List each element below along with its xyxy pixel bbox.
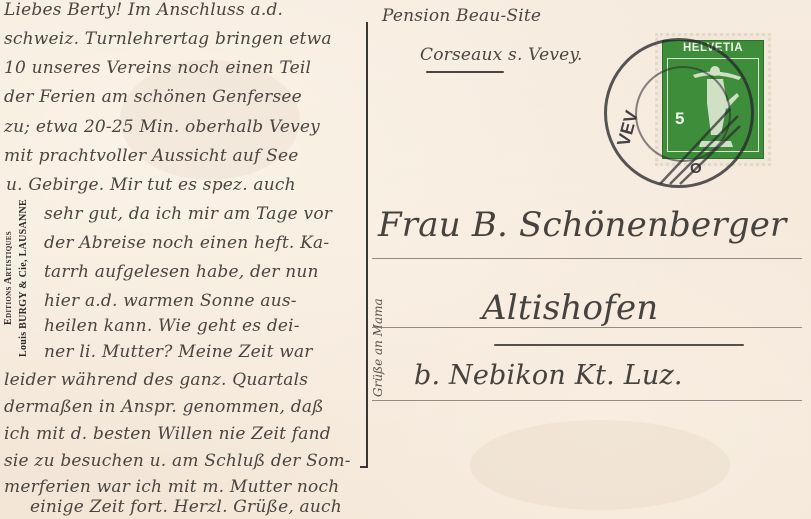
message-line: einige Zeit fort. Herzl. Grüße, auch — [30, 497, 342, 517]
message-line: sie zu besuchen u. am Schluß der Som- — [4, 451, 351, 471]
message-line: leider während des ganz. Quartals — [4, 370, 308, 390]
recipient-line-3: b. Nebikon Kt. Luz. — [414, 360, 683, 391]
paper-stain — [470, 420, 730, 510]
message-line: merferien war ich mit m. Mutter noch — [4, 477, 339, 497]
message-line: der Abreise noch einen heft. Ka- — [44, 233, 329, 253]
sender-line-2: Corseaux s. Vevey. — [420, 45, 583, 65]
publisher-line-1: Editions Artistiques — [1, 193, 16, 363]
message-line: u. Gebirge. Mir tut es spez. auch — [6, 175, 296, 195]
address-rule — [372, 400, 802, 401]
city-underline — [494, 344, 744, 346]
message-line: der Ferien am schönen Genfersee — [4, 87, 302, 107]
message-line: ich mit d. besten Willen nie Zeit fand — [4, 424, 331, 444]
message-line: heilen kann. Wie geht es dei- — [44, 316, 300, 336]
message-line: zu; etwa 20-25 Min. oberhalb Vevey — [4, 117, 320, 137]
recipient-city: Altishofen — [482, 288, 658, 328]
divider-end-tick — [360, 466, 368, 468]
address-rule — [372, 258, 802, 259]
margin-note: Grüße an Mama — [371, 277, 385, 397]
sender-underline — [426, 71, 504, 73]
message-line: dermaßen in Anspr. genommen, daß — [4, 397, 324, 417]
publisher-imprint: Editions Artistiques Louis BURGY & Cie, … — [1, 193, 41, 363]
message-line: 10 unseres Vereins noch einen Teil — [4, 58, 311, 78]
recipient-name: Frau B. Schönenberger — [378, 205, 787, 245]
message-line: sehr gut, da ich mir am Tage vor — [44, 204, 332, 224]
message-line: tarrh aufgelesen habe, der nun — [44, 262, 319, 282]
publisher-line-2: Louis BURGY & Cie, LAUSANNE — [16, 193, 31, 363]
center-divider-line — [366, 22, 368, 468]
message-line: ner li. Mutter? Meine Zeit war — [44, 342, 313, 362]
postmark-bottom: O — [690, 160, 702, 177]
message-line: mit prachtvoller Aussicht auf See — [4, 146, 299, 166]
message-line: Liebes Berty! Im Anschluss a.d. — [4, 0, 283, 20]
postcard-back: Liebes Berty! Im Anschluss a.d. schweiz.… — [0, 0, 811, 519]
sender-line-1: Pension Beau-Site — [382, 6, 541, 26]
message-line: schweiz. Turnlehrertag bringen etwa — [4, 29, 332, 49]
message-line: hier a.d. warmen Sonne aus- — [44, 291, 297, 311]
